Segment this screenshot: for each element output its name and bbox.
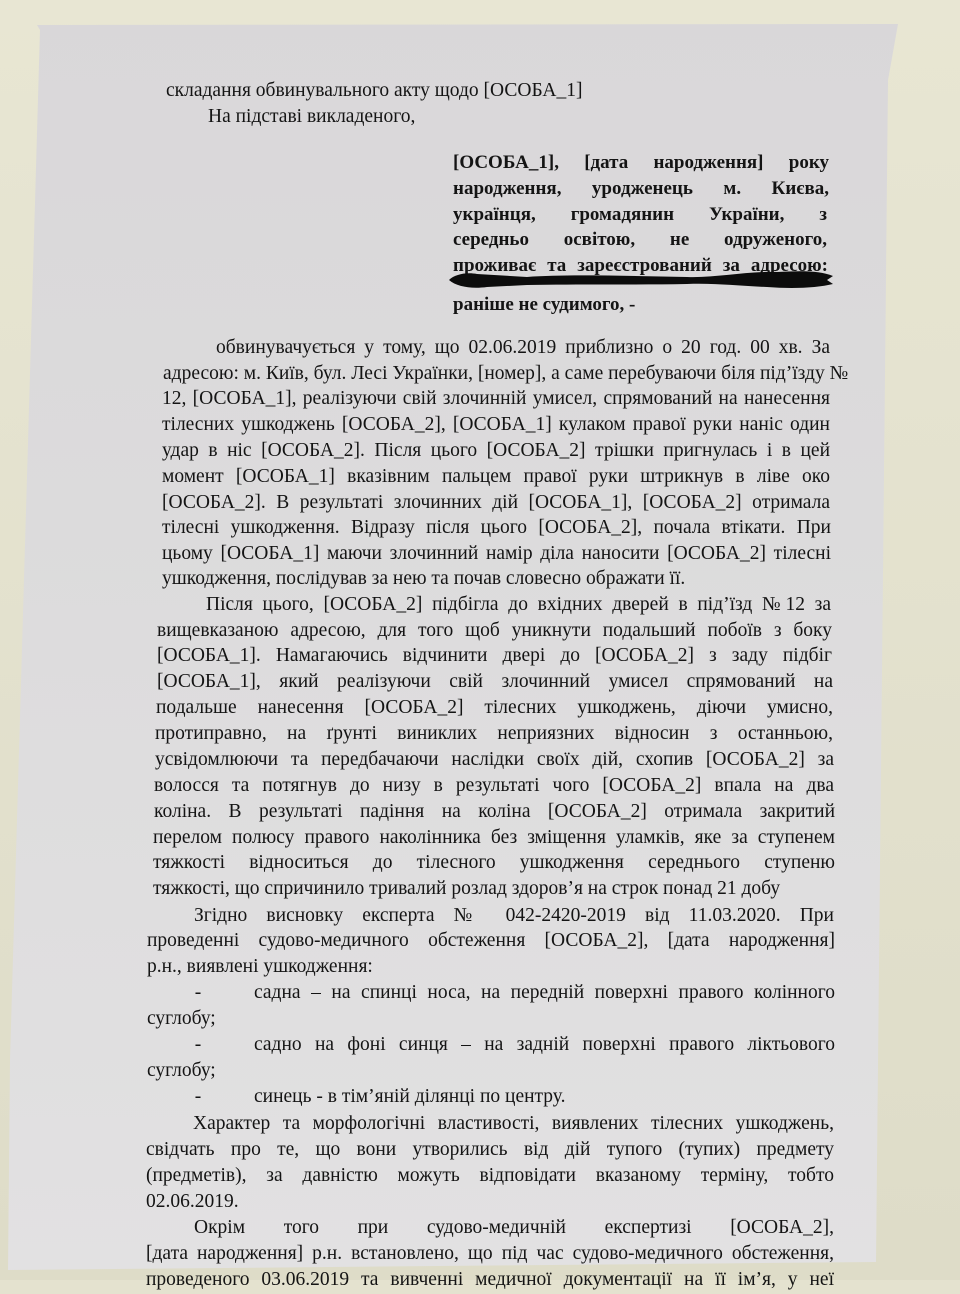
paragraph-line: [ОСОБА_2]. В результаті злочинних дій [О… (162, 490, 830, 517)
paragraph-line: тяжкості відноситься до тілесного ушкодж… (153, 850, 835, 877)
paragraph-line: [ОСОБА_1], який реалізуючи свій злочинни… (157, 669, 833, 696)
injury-text: садна – на спинці носа, на передній пове… (254, 980, 835, 1007)
list-marker: - (191, 1084, 205, 1111)
paragraph-line: (предметів), за давністю можуть відповід… (146, 1163, 834, 1190)
paragraph-line: адресою: м. Київ, бул. Лесі Українки, [н… (163, 361, 829, 388)
paragraph-line: тілесних ушкоджень [ОСОБА_2], [ОСОБА_1] … (162, 412, 830, 439)
intro-line: складання обвинувального акту щодо [ОСОБ… (166, 78, 582, 105)
paragraph-line: свідчать про те, що вони утворились від … (146, 1137, 834, 1164)
paragraph-line: [ОСОБА_1]. Намагаючись відчинити двері д… (157, 643, 832, 670)
defendant-line: [ОСОБА_1], [дата народження] року (453, 150, 829, 177)
paragraph-line: 02.06.2019. (146, 1189, 239, 1216)
paragraph-line: коліна. В результаті падіння на коліна [… (154, 799, 835, 826)
injury-text: синець - в тім’яній ділянці по центру. (254, 1084, 565, 1111)
paragraph-line: Окрім того при судово-медичній експертиз… (194, 1215, 834, 1242)
defendant-line: середньо освітою, не одруженого, (453, 227, 827, 254)
paragraph-line: удар в ніс [ОСОБА_2]. Після цього [ОСОБА… (162, 438, 830, 465)
paragraph-line: перелом полюсу правого наколінника без з… (153, 825, 835, 852)
paragraph-line: обвинувачується у тому, що 02.06.2019 пр… (216, 335, 830, 362)
paragraph-line: тяжкості, що спричинило тривалий розлад … (153, 876, 780, 903)
paragraph-line: Після цього, [ОСОБА_2] підбігла до вхідн… (206, 592, 831, 619)
list-marker: - (191, 980, 205, 1007)
paragraph-line: Згідно висновку експерта № 042-2420-2019… (194, 903, 834, 930)
defendant-line: народження, уродженець м. Києва, (453, 176, 829, 203)
redaction-marker (447, 268, 835, 292)
paragraph-line: р.н., виявлені ушкодження: (147, 954, 373, 981)
paragraph-line: протиправно, на ґрунті виниклих неприязн… (155, 721, 833, 748)
injury-text: суглобу; (147, 1058, 216, 1085)
paragraph-line: момент [ОСОБА_1] вказівним пальцем право… (162, 464, 830, 491)
paragraph-line: вищевказаною адресою, для того щоб уникн… (157, 618, 832, 645)
paragraph-line: [дата народження] р.н. встановлено, що п… (146, 1241, 834, 1268)
no-record-line: раніше не судимого, - (453, 292, 635, 319)
paragraph-line: проведенні судово-медичного обстеження [… (147, 928, 835, 955)
paragraph-line: тілесні ушкодження. Відразу після цього … (162, 515, 831, 542)
paragraph-line: ушкодження, послідував за нею та почав с… (162, 566, 685, 593)
basis-line: На підставі викладеного, (208, 104, 415, 131)
paragraph-line: 12, [ОСОБА_1], реалізуючи свій злочинній… (162, 386, 830, 413)
paragraph-line: волосся та потягнув до низу в результаті… (154, 773, 834, 800)
paragraph-line: подальше нанесення [ОСОБА_2] тілесних уш… (156, 695, 833, 722)
injury-text: суглобу; (147, 1006, 216, 1033)
paragraph-line: усвідомлюючи та передбачаючи наслідки св… (155, 747, 834, 774)
injury-text: садно на фоні синця – на задній поверхні… (254, 1032, 835, 1059)
paragraph-line: цьому [ОСОБА_1] маючи злочинний намір ді… (162, 541, 831, 568)
defendant-line: українця, громадянин України, з (453, 202, 827, 229)
indictment-document-page: складання обвинувального акту щодо [ОСОБ… (0, 0, 960, 1280)
paragraph-line: проведеного 03.06.2019 та вивченні медич… (146, 1267, 834, 1280)
list-marker: - (191, 1032, 205, 1059)
paragraph-line: Характер та морфологічні властивості, ви… (193, 1111, 834, 1138)
